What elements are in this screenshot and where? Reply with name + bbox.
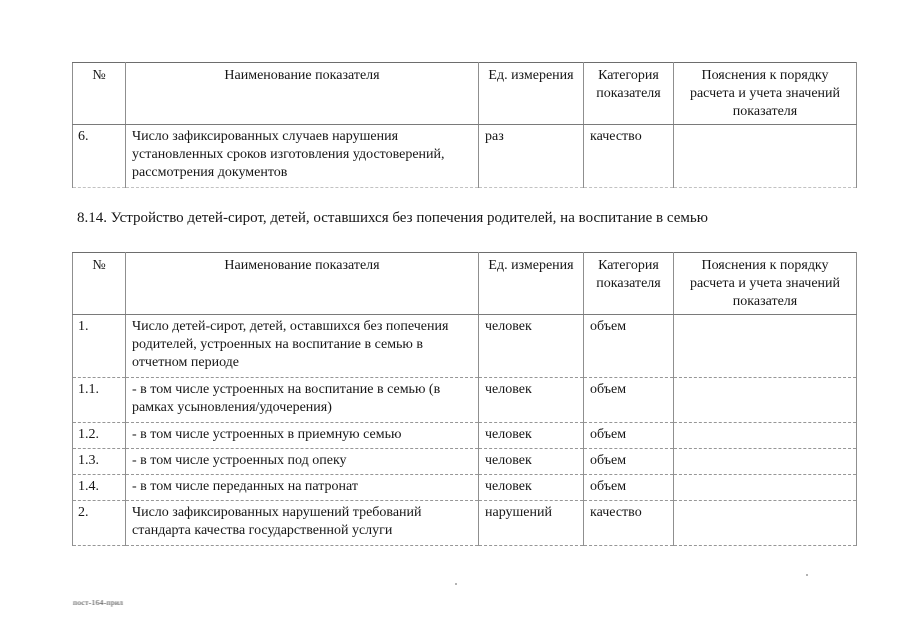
cell-category: объем [584,423,674,449]
table-1-header: № Наименование показателя Ед. измерения … [73,63,857,125]
cell-notes [674,501,857,546]
cell-category: качество [584,501,674,546]
cell-unit: человек [479,475,584,501]
cell-num: 6. [73,125,126,188]
table-header-row: № Наименование показателя Ед. измерения … [73,253,857,315]
table-row: 2. Число зафиксированных нарушений требо… [73,501,857,546]
cell-notes [674,423,857,449]
col-header-num: № [73,253,126,315]
table-row: 1.2. - в том числе устроенных в приемную… [73,423,857,449]
indicators-table-2: № Наименование показателя Ед. измерения … [72,252,857,546]
cell-category: объем [584,315,674,378]
cell-category: объем [584,449,674,475]
table-header-row: № Наименование показателя Ед. измерения … [73,63,857,125]
cell-unit: человек [479,423,584,449]
cell-num: 2. [73,501,126,546]
table-2-header: № Наименование показателя Ед. измерения … [73,253,857,315]
cell-notes [674,449,857,475]
cell-category: качество [584,125,674,188]
cell-unit: раз [479,125,584,188]
footer-stamp: пост-164-прил [73,598,123,606]
cell-notes [674,378,857,423]
scan-speck [455,583,457,585]
table-row: 1. Число детей-сирот, детей, оставшихся … [73,315,857,378]
cell-name: - в том числе устроенных в приемную семь… [126,423,479,449]
cell-name: - в том числе переданных на патронат [126,475,479,501]
col-header-name: Наименование показателя [126,253,479,315]
table-row: 1.3. - в том числе устроенных под опеку … [73,449,857,475]
cell-num: 1. [73,315,126,378]
cell-unit: человек [479,449,584,475]
cell-category: объем [584,475,674,501]
cell-unit: нарушений [479,501,584,546]
cell-notes [674,315,857,378]
col-header-notes: Пояснения к порядку расчета и учета знач… [674,63,857,125]
col-header-notes: Пояснения к порядку расчета и учета знач… [674,253,857,315]
cell-name: - в том числе устроенных под опеку [126,449,479,475]
cell-notes [674,125,857,188]
col-header-unit: Ед. измерения [479,253,584,315]
scan-speck [806,574,808,576]
col-header-unit: Ед. измерения [479,63,584,125]
cell-unit: человек [479,378,584,423]
table-row: 6. Число зафиксированных случаев нарушен… [73,125,857,188]
col-header-num: № [73,63,126,125]
cell-notes [674,475,857,501]
cell-num: 1.4. [73,475,126,501]
table-row: 1.4. - в том числе переданных на патрона… [73,475,857,501]
table-row: 1.1. - в том числе устроенных на воспита… [73,378,857,423]
scanned-document-page: № Наименование показателя Ед. измерения … [0,0,905,640]
section-heading: 8.14. Устройство детей-сирот, детей, ост… [77,209,877,228]
col-header-category: Категория показателя [584,253,674,315]
cell-name: Число зафиксированных нарушений требован… [126,501,479,546]
cell-num: 1.3. [73,449,126,475]
col-header-category: Категория показателя [584,63,674,125]
cell-name: - в том числе устроенных на воспитание в… [126,378,479,423]
cell-name: Число зафиксированных случаев нарушения … [126,125,479,188]
indicators-table-1: № Наименование показателя Ед. измерения … [72,62,857,188]
cell-name: Число детей-сирот, детей, оставшихся без… [126,315,479,378]
cell-num: 1.2. [73,423,126,449]
cell-category: объем [584,378,674,423]
cell-unit: человек [479,315,584,378]
cell-num: 1.1. [73,378,126,423]
col-header-name: Наименование показателя [126,63,479,125]
